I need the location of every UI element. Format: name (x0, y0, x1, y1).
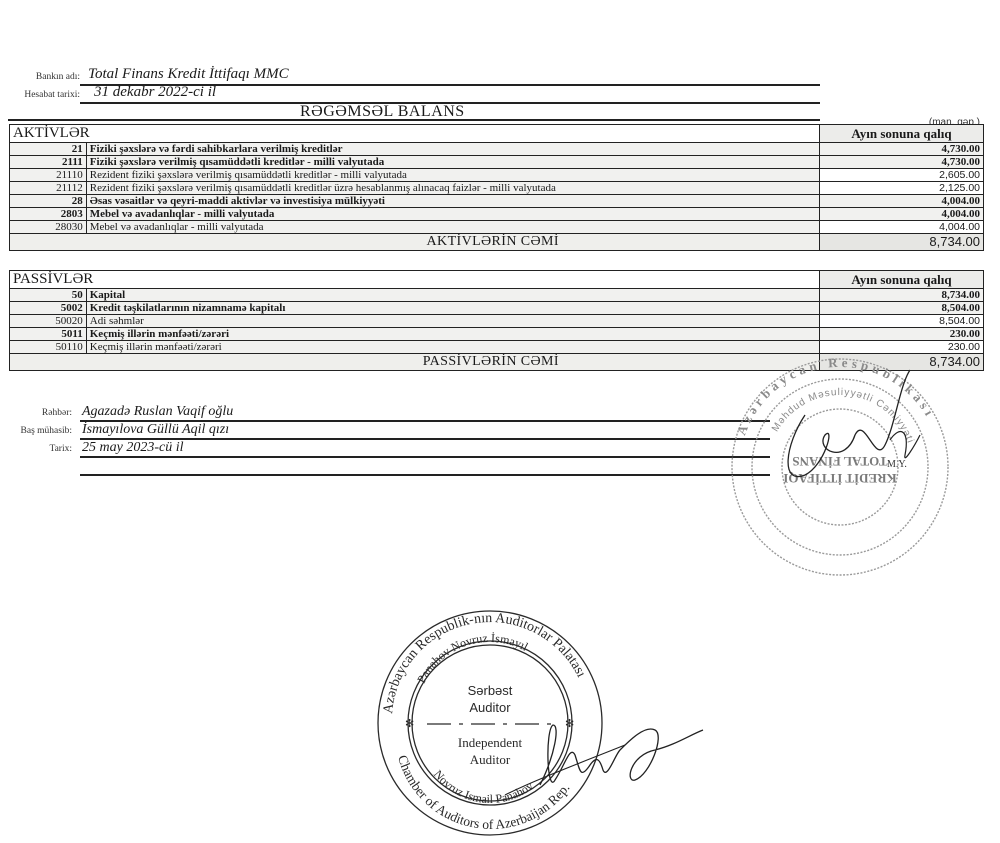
company-stamp: Azərbaycan Respublikası Məhdud Məsuliyyə… (725, 355, 955, 580)
account-code: 5011 (10, 328, 87, 341)
account-name: Kredit təşkilatlarının nizamnamə kapital… (86, 302, 819, 315)
assets-section-title: AKTİVLƏR (10, 125, 820, 143)
accountant-label: Baş mühasib: (0, 426, 80, 438)
account-code: 2111 (10, 156, 87, 169)
table-row: 21110Rezident fiziki şəxslərə verilmiş q… (10, 169, 984, 182)
table-row: 5002Kredit təşkilatlarının nizamnamə kap… (10, 302, 984, 315)
bank-name-row: Bankın adı: Total Finans Kredit İttifaqı… (0, 66, 289, 84)
auditor-stamp-inner-bottom: Novruz Ismail Panahov (431, 767, 536, 806)
sign-date: 25 may 2023-cü il (80, 440, 183, 456)
account-balance: 230.00 (819, 328, 983, 341)
account-code: 2803 (10, 208, 87, 221)
account-name: Mebel və avadanlıqlar - milli valyutada (86, 208, 819, 221)
account-balance: 4,004.00 (819, 221, 983, 234)
account-name: Fiziki şəxslərə verilmiş qısamüddətli kr… (86, 156, 819, 169)
sign-date-row: Tarix: 25 may 2023-cü il (0, 438, 183, 456)
account-code: 50110 (10, 341, 87, 354)
report-date-label: Hesabat tarixi: (0, 90, 86, 102)
account-balance: 4,004.00 (819, 195, 983, 208)
table-row: 50110Keçmiş illərin mənfəəti/zərəri230.0… (10, 341, 984, 354)
company-seal-icon: Azərbaycan Respublikası Məhdud Məsuliyyə… (725, 355, 955, 580)
company-stamp-initials: M.Y. (887, 459, 907, 470)
account-balance: 4,004.00 (819, 208, 983, 221)
account-name: Keçmiş illərin mənfəəti/zərəri (86, 328, 819, 341)
company-stamp-inner-text: Məhdud Məsuliyyətli Cəmiyyəti (770, 387, 916, 445)
auditor-signature (540, 725, 703, 785)
table-row: 50Kapital8,734.00 (10, 289, 984, 302)
accountant-name: İsmayılova Güllü Aqil qızı (80, 422, 229, 438)
account-balance: 230.00 (819, 341, 983, 354)
account-name: Mebel və avadanlıqlar - milli valyutada (86, 221, 819, 234)
account-code: 50 (10, 289, 87, 302)
liabilities-column-header: Ayın sonuna qalıq (819, 271, 983, 289)
account-code: 28030 (10, 221, 87, 234)
assets-header-row: AKTİVLƏR Ayın sonuna qalıq (10, 125, 984, 143)
table-row: 28Əsas vəsaitlər və qeyri-maddi aktivlər… (10, 195, 984, 208)
svg-text:✻: ✻ (565, 718, 574, 730)
table-row: 5011Keçmiş illərin mənfəəti/zərəri230.00 (10, 328, 984, 341)
account-balance: 8,734.00 (819, 289, 983, 302)
account-balance: 2,125.00 (819, 182, 983, 195)
total-row: AKTİVLƏRİN CƏMİ8,734.00 (10, 234, 984, 251)
liabilities-section-title: PASSİVLƏR (10, 271, 820, 289)
table-row: 2111Fiziki şəxslərə verilmiş qısamüddətl… (10, 156, 984, 169)
bank-name: Total Finans Kredit İttifaqı MMC (86, 66, 289, 84)
bank-name-label: Bankın adı: (0, 72, 86, 84)
assets-column-header: Ayın sonuna qalıq (819, 125, 983, 143)
account-code: 21110 (10, 169, 87, 182)
liabilities-header-row: PASSİVLƏR Ayın sonuna qalıq (10, 271, 984, 289)
director-label: Rəhbər: (0, 408, 80, 420)
auditor-center-bottom-1: Independent (458, 735, 523, 750)
account-name: Keçmiş illərin mənfəəti/zərəri (86, 341, 819, 354)
sign-date-underline (80, 456, 770, 458)
auditor-center-top-1: Sərbəst (468, 683, 513, 698)
sign-date-label: Tarix: (0, 444, 80, 456)
account-balance: 8,504.00 (819, 315, 983, 328)
director-row: Rəhbər: Agazadə Ruslan Vaqif oğlu (0, 402, 233, 420)
account-code: 21112 (10, 182, 87, 195)
account-code: 50020 (10, 315, 87, 328)
svg-text:Novruz Ismail Panahov: Novruz Ismail Panahov (431, 767, 536, 806)
auditor-stamp: Azərbaycan Respublik-nın Auditorlar Pala… (375, 605, 705, 840)
auditor-center-top-2: Auditor (469, 700, 511, 715)
account-balance: 2,605.00 (819, 169, 983, 182)
company-stamp-center-1: KREDİT İTTİFAQI (783, 471, 896, 486)
account-balance: 4,730.00 (819, 156, 983, 169)
account-code: 28 (10, 195, 87, 208)
account-balance: 4,730.00 (819, 143, 983, 156)
account-name: Fiziki şəxslərə və fərdi sahibkarlara ve… (86, 143, 819, 156)
table-row: 28030Mebel və avadanlıqlar - milli valyu… (10, 221, 984, 234)
assets-total-label: AKTİVLƏRİN CƏMİ (10, 234, 820, 251)
table-row: 21Fiziki şəxslərə və fərdi sahibkarlara … (10, 143, 984, 156)
table-row: 21112Rezident fiziki şəxslərə verilmiş q… (10, 182, 984, 195)
title-underline (8, 119, 820, 121)
account-name: Əsas vəsaitlər və qeyri-maddi aktivlər v… (86, 195, 819, 208)
table-row: 50020Adi səhmlər8,504.00 (10, 315, 984, 328)
svg-text:Məhdud Məsuliyyətli Cəmiyyəti: Məhdud Məsuliyyətli Cəmiyyəti (770, 387, 916, 445)
account-code: 21 (10, 143, 87, 156)
svg-text:✻: ✻ (405, 718, 414, 730)
auditor-seal-icon: Azərbaycan Respublik-nın Auditorlar Pala… (375, 605, 705, 840)
account-name: Adi səhmlər (86, 315, 819, 328)
assets-table: AKTİVLƏR Ayın sonuna qalıq 21Fiziki şəxs… (9, 124, 984, 251)
report-date-row: Hesabat tarixi: 31 dekabr 2022-ci il (0, 84, 216, 102)
account-name: Rezident fiziki şəxslərə verilmiş qısamü… (86, 182, 819, 195)
account-name: Kapital (86, 289, 819, 302)
liabilities-total-label: PASSİVLƏRİN CƏMİ (10, 354, 820, 371)
assets-total-value: 8,734.00 (819, 234, 983, 251)
blank-signature-line (80, 474, 770, 476)
accountant-row: Baş mühasib: İsmayılova Güllü Aqil qızı (0, 420, 229, 438)
table-row: 2803Mebel və avadanlıqlar - milli valyut… (10, 208, 984, 221)
auditor-center-bottom-2: Auditor (470, 752, 511, 767)
company-stamp-center-2: TOTAL FİNANS (792, 454, 887, 469)
director-name: Agazadə Ruslan Vaqif oğlu (80, 404, 233, 420)
account-balance: 8,504.00 (819, 302, 983, 315)
account-code: 5002 (10, 302, 87, 315)
accountant-underline (80, 438, 770, 440)
report-date: 31 dekabr 2022-ci il (86, 84, 216, 102)
account-name: Rezident fiziki şəxslərə verilmiş qısamü… (86, 169, 819, 182)
